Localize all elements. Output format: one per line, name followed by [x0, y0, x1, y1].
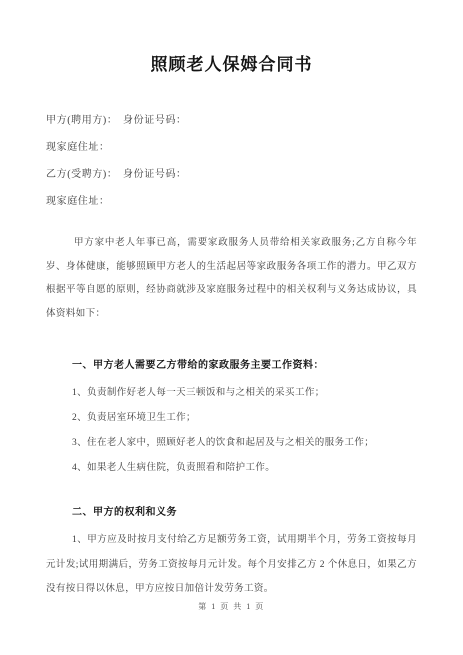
service-item-2: 2、负责居室环境卫生工作；	[46, 406, 417, 431]
rights-item-1: 1、甲方应及时按月支付给乙方足额劳务工资，试用期半个月，劳务工资按每月元计发;试…	[46, 528, 417, 602]
section-services-items: 1、负责制作好老人每一天三顿饭和与之相关的采买工作； 2、负责居室环境卫生工作；…	[46, 381, 417, 481]
section-services-heading: 一、甲方老人需要乙方带给的家政服务主要工作资料：	[46, 356, 417, 376]
section-services: 一、甲方老人需要乙方带给的家政服务主要工作资料： 1、负责制作好老人每一天三顿饭…	[46, 356, 417, 481]
party-a-id-line: 甲方(聘用方)： 身份证号码：	[46, 107, 417, 134]
section-party-a-rights-heading: 二、甲方的权利和义务	[46, 503, 417, 523]
service-item-4: 4、如果老人生病住院，负责照看和陪护工作。	[46, 456, 417, 481]
party-b-address-line: 现家庭住址：	[46, 188, 417, 215]
party-a-address-line: 现家庭住址：	[46, 134, 417, 161]
intro-paragraph: 甲方家中老人年事已高，需要家政服务人员带给相关家政服务;乙方自称今年岁、身体健康…	[46, 232, 417, 326]
party-info-block: 甲方(聘用方)： 身份证号码： 现家庭住址： 乙方(受聘方)： 身份证号码： 现…	[46, 107, 417, 215]
service-item-1: 1、负责制作好老人每一天三顿饭和与之相关的采买工作；	[46, 381, 417, 406]
document-title: 照顾老人保姆合同书	[46, 53, 417, 77]
contract-document-page: 照顾老人保姆合同书 甲方(聘用方)： 身份证号码： 现家庭住址： 乙方(受聘方)…	[0, 0, 463, 655]
page-number-footer: 第 1 页 共 1 页	[0, 601, 463, 612]
service-item-3: 3、住在老人家中，照顾好老人的饮食和起居及与之相关的服务工作；	[46, 431, 417, 456]
section-party-a-rights: 二、甲方的权利和义务 1、甲方应及时按月支付给乙方足额劳务工资，试用期半个月，劳…	[46, 503, 417, 602]
party-b-id-line: 乙方(受聘方)： 身份证号码：	[46, 161, 417, 188]
